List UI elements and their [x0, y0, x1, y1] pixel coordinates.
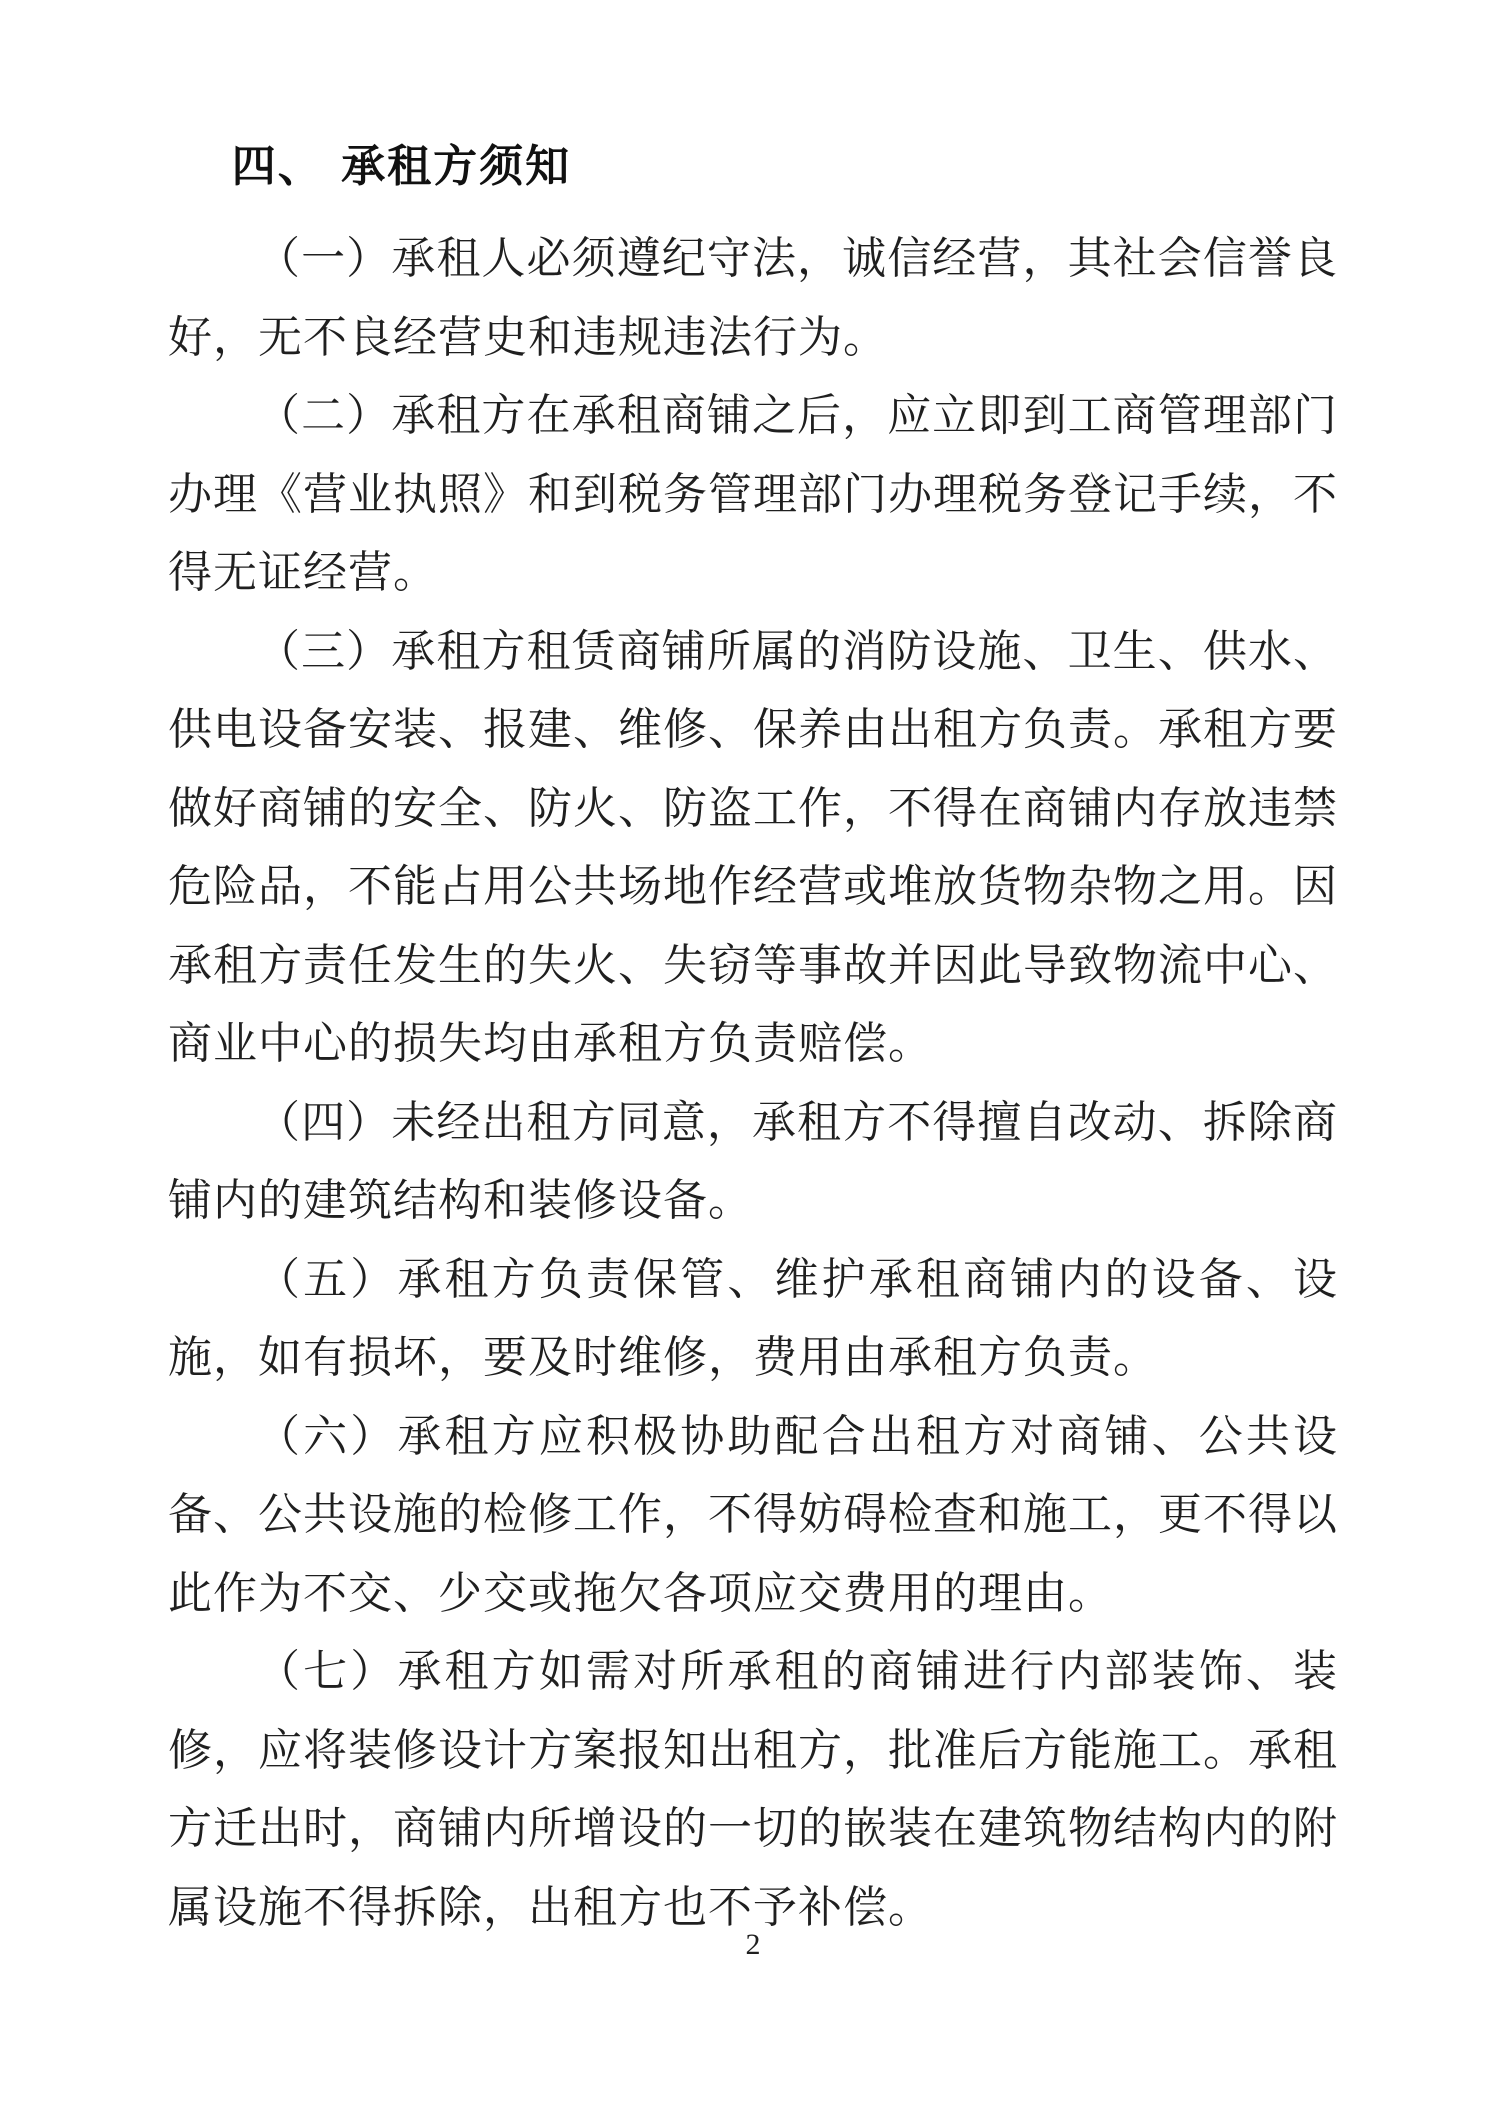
document-page: 四、 承租方须知 （一）承租人必须遵纪守法，诚信经营，其社会信誉良好，无不良经营… [0, 0, 1500, 2121]
clause-7-paragraph: （七）承租方如需对所承租的商铺进行内部装饰、装修，应将装修设计方案报知出租方，批… [168, 1633, 1338, 1947]
clause-4-paragraph: （四）未经出租方同意，承租方不得擅自改动、拆除商铺内的建筑结构和装修设备。 [168, 1084, 1338, 1241]
clause-3-paragraph: （三）承租方租赁商铺所属的消防设施、卫生、供水、供电设备安装、报建、维修、保养由… [168, 613, 1338, 1084]
clause-2-paragraph: （二）承租方在承租商铺之后，应立即到工商管理部门办理《营业执照》和到税务管理部门… [168, 377, 1338, 613]
section-heading: 四、 承租方须知 [168, 136, 1338, 198]
clause-1-paragraph: （一）承租人必须遵纪守法，诚信经营，其社会信誉良好，无不良经营史和违规违法行为。 [168, 220, 1338, 377]
page-number: 2 [168, 1928, 1338, 1962]
document-body: 四、 承租方须知 （一）承租人必须遵纪守法，诚信经营，其社会信誉良好，无不良经营… [168, 136, 1338, 1947]
clause-6-paragraph: （六）承租方应积极协助配合出租方对商铺、公共设备、公共设施的检修工作，不得妨碍检… [168, 1398, 1338, 1634]
clause-5-paragraph: （五）承租方负责保管、维护承租商铺内的设备、设施，如有损坏，要及时维修，费用由承… [168, 1241, 1338, 1398]
